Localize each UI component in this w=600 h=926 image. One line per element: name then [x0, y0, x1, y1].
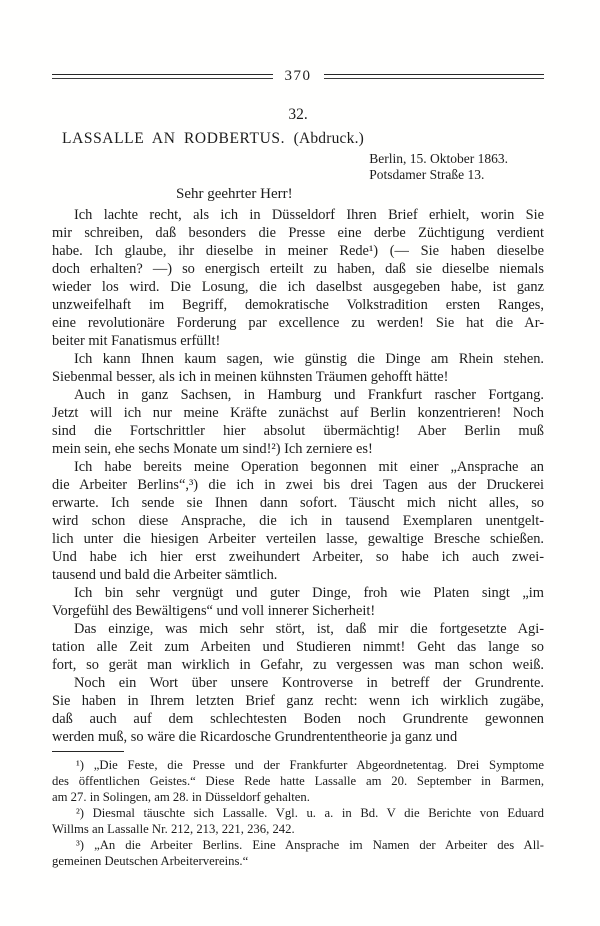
text-line: fort, so gerät man wirklich in Gefahr, z…	[52, 656, 544, 674]
text-line: Willms an Lassalle Nr. 212, 213, 221, 23…	[52, 821, 544, 837]
letter-dateline: Berlin, 15. Oktober 1863. Potsdamer Stra…	[369, 151, 508, 182]
paragraph: Ich kann Ihnen kaum sagen, wie günstig d…	[52, 350, 544, 386]
text-line: beiter mit Fanatismus erfüllt!	[52, 332, 544, 350]
text-line: werden muß, so wäre die Ricardosche Grun…	[52, 728, 544, 746]
text-line: Ich habe bereits meine Operation begonne…	[52, 458, 544, 476]
text-line: Ich bin sehr vergnügt und guter Dinge, f…	[52, 584, 544, 602]
letter-title: LASSALLE AN RODBERTUS. (Abdruck.)	[62, 129, 544, 148]
text-line: wieder los wird. Die Losung, die ich das…	[52, 278, 544, 296]
salutation: Sehr geehrter Herr!	[176, 185, 544, 203]
letter-title-text: LASSALLE AN RODBERTUS.	[62, 130, 285, 147]
text-line: Das einzige, was mich sehr stört, ist, d…	[52, 620, 544, 638]
text-line: erwarte. Ich sende sie Ihnen dann sofort…	[52, 494, 544, 512]
paragraph: Ich habe bereits meine Operation begonne…	[52, 458, 544, 584]
dateline-place-date: Berlin, 15. Oktober 1863.	[369, 151, 508, 167]
text-line: mein sein, ehe sechs Monate um sind!²) I…	[52, 440, 544, 458]
footnote: ³) „An die Arbeiter Berlins. Eine Anspra…	[52, 837, 544, 869]
dateline-address: Potsdamer Straße 13.	[369, 167, 508, 183]
text-line: mir schreiben, daß besonders die Presse …	[52, 224, 544, 242]
text-line: Und habe ich hier erst zweihundert Arbei…	[52, 548, 544, 566]
text-line: am 27. in Solingen, am 28. in Düsseldorf…	[52, 789, 544, 805]
header-rule-right	[324, 74, 545, 79]
text-line: Ich kann Ihnen kaum sagen, wie günstig d…	[52, 350, 544, 368]
page-header: 370	[52, 70, 544, 82]
letter-title-annotation: (Abdruck.)	[294, 130, 364, 147]
text-line: unzweifelhaft im Begriff, demokratische …	[52, 296, 544, 314]
text-line: habe. Ich glaube, ihr dieselbe in meiner…	[52, 242, 544, 260]
header-rule-left	[52, 74, 273, 79]
footnote: ²) Diesmal täuschte sich Lassalle. Vgl. …	[52, 805, 544, 837]
text-line: Noch ein Wort über unsere Kontroverse in…	[52, 674, 544, 692]
paragraph: Ich lachte recht, als ich in Düsseldorf …	[52, 206, 544, 350]
letter-body: Ich lachte recht, als ich in Düsseldorf …	[52, 206, 544, 746]
letter-number: 32.	[52, 106, 544, 124]
text-line: wird schon diese Ansprache, die ich in t…	[52, 512, 544, 530]
text-line: Ich lachte recht, als ich in Düsseldorf …	[52, 206, 544, 224]
page-number: 370	[273, 70, 324, 82]
text-line: lich unter die hiesigen Arbeiter verteil…	[52, 530, 544, 548]
text-line: tation alle Zeit zum Arbeiten und Studie…	[52, 638, 544, 656]
paragraph: Ich bin sehr vergnügt und guter Dinge, f…	[52, 584, 544, 620]
text-line: eine revolutionäre Forderung par excelle…	[52, 314, 544, 332]
text-line: die Arbeiter Berlins“,³) die ich in zwei…	[52, 476, 544, 494]
footnotes: ¹) „Die Feste, die Presse und der Frankf…	[52, 757, 544, 869]
text-line: daß auch auf dem schlechtesten Boden noc…	[52, 710, 544, 728]
text-line: ³) „An die Arbeiter Berlins. Eine Anspra…	[52, 837, 544, 853]
text-line: Jetzt will ich nur meine Kräfte zunächst…	[52, 404, 544, 422]
footnote: ¹) „Die Feste, die Presse und der Frankf…	[52, 757, 544, 805]
text-line: des öffentlichen Geistes.“ Diese Rede ha…	[52, 773, 544, 789]
text-line: Sie haben in Ihrem letzten Brief ganz re…	[52, 692, 544, 710]
text-line: tausend und bald die Arbeiter sämtlich.	[52, 566, 544, 584]
paragraph: Auch in ganz Sachsen, in Hamburg und Fra…	[52, 386, 544, 458]
footnote-separator-rule	[52, 751, 124, 752]
text-line: gemeinen Deutschen Arbeitervereins.“	[52, 853, 544, 869]
text-line: ¹) „Die Feste, die Presse und der Frankf…	[52, 757, 544, 773]
paragraph: Noch ein Wort über unsere Kontroverse in…	[52, 674, 544, 746]
book-page: 370 32. LASSALLE AN RODBERTUS. (Abdruck.…	[0, 0, 600, 926]
text-line: Vorgefühl des Bewältigens“ und voll inne…	[52, 602, 544, 620]
text-line: doch erhalten? —) so energisch erteilt z…	[52, 260, 544, 278]
text-line: Auch in ganz Sachsen, in Hamburg und Fra…	[52, 386, 544, 404]
text-line: sind die Fortschrittler hier absolut übe…	[52, 422, 544, 440]
text-line: ²) Diesmal täuschte sich Lassalle. Vgl. …	[52, 805, 544, 821]
paragraph: Das einzige, was mich sehr stört, ist, d…	[52, 620, 544, 674]
text-line: Siebenmal besser, als ich in meinen kühn…	[52, 368, 544, 386]
